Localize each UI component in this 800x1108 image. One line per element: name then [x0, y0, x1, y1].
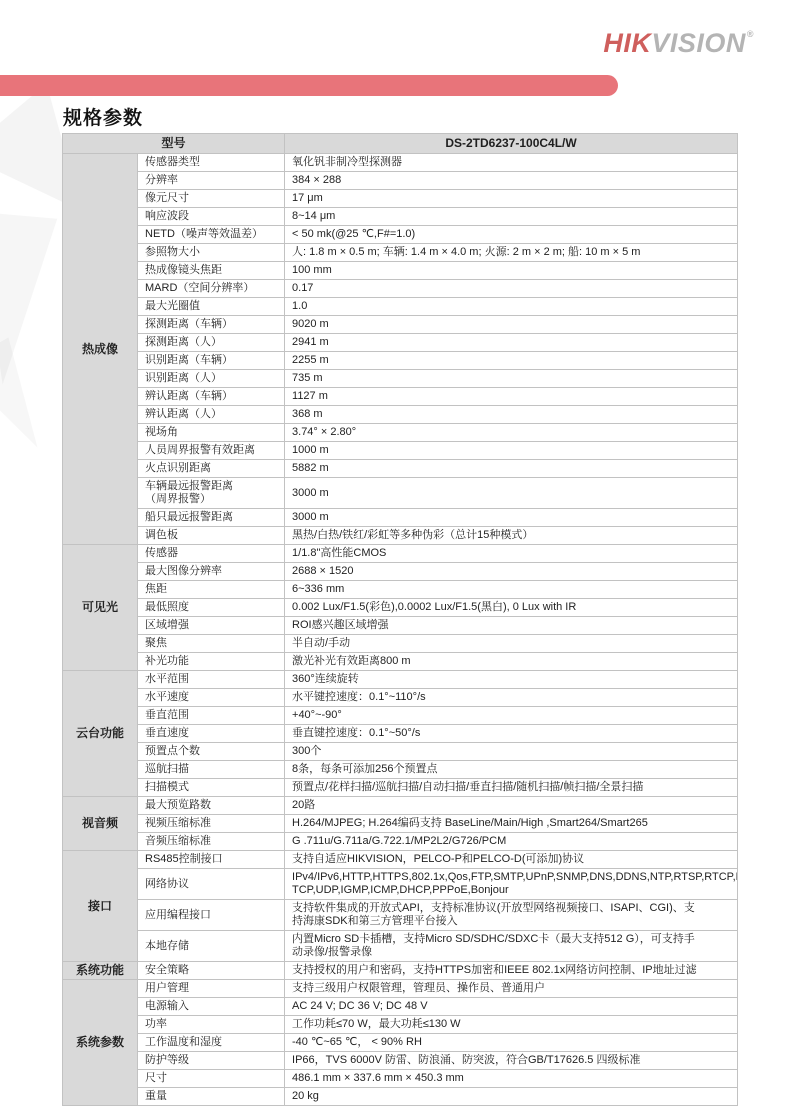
table-row: 系统功能安全策略支持授权的用户和密码，支持HTTPS加密和IEEE 802.1x… [63, 962, 738, 980]
spec-value-cell: 1000 m [285, 442, 738, 460]
spec-label-cell: 最大光圈值 [138, 298, 285, 316]
group-cell: 热成像 [63, 154, 138, 545]
spec-value-cell: 2255 m [285, 352, 738, 370]
table-row: 响应波段8~14 μm [63, 208, 738, 226]
spec-label-cell: 尺寸 [138, 1070, 285, 1088]
group-cell: 视音频 [63, 797, 138, 851]
model-header-value: DS-2TD6237-100C4L/W [285, 134, 738, 154]
spec-value-cell: G .711u/G.711a/G.722.1/MP2L2/G726/PCM [285, 833, 738, 851]
spec-value-cell: AC 24 V; DC 36 V; DC 48 V [285, 998, 738, 1016]
spec-value-cell: 支持授权的用户和密码，支持HTTPS加密和IEEE 802.1x网络访问控制、I… [285, 962, 738, 980]
spec-label-cell: 本地存储 [138, 931, 285, 962]
spec-value-cell: 半自动/手动 [285, 635, 738, 653]
spec-label-cell: 安全策略 [138, 962, 285, 980]
table-row: 功率工作功耗≤70 W，最大功耗≤130 W [63, 1016, 738, 1034]
table-row: 云台功能水平范围360°连续旋转 [63, 671, 738, 689]
table-row: 最大图像分辨率2688 × 1520 [63, 563, 738, 581]
spec-label-cell: 防护等级 [138, 1052, 285, 1070]
spec-label-cell: 聚焦 [138, 635, 285, 653]
spec-value-cell: IP66，TVS 6000V 防雷、防浪涌、防突波，符合GB/T17626.5 … [285, 1052, 738, 1070]
spec-label-cell: 最大图像分辨率 [138, 563, 285, 581]
spec-value-cell: 0.17 [285, 280, 738, 298]
spec-value-cell: 3.74° × 2.80° [285, 424, 738, 442]
spec-label-cell: 音频压缩标准 [138, 833, 285, 851]
spec-label-cell: 水平范围 [138, 671, 285, 689]
table-row: 车辆最远报警距离 （周界报警）3000 m [63, 478, 738, 509]
spec-value-cell: 17 μm [285, 190, 738, 208]
spec-label-cell: 视场角 [138, 424, 285, 442]
spec-label-cell: 垂直范围 [138, 707, 285, 725]
spec-label-cell: 巡航扫描 [138, 761, 285, 779]
spec-value-cell: 300个 [285, 743, 738, 761]
spec-value-cell: +40°~-90° [285, 707, 738, 725]
spec-label-cell: 人员周界报警有效距离 [138, 442, 285, 460]
group-cell: 可见光 [63, 545, 138, 671]
spec-label-cell: 识别距离（人） [138, 370, 285, 388]
spec-value-cell: 垂直键控速度：0.1°~50°/s [285, 725, 738, 743]
table-row: 最低照度0.002 Lux/F1.5(彩色),0.0002 Lux/F1.5(黑… [63, 599, 738, 617]
spec-label-cell: 扫描模式 [138, 779, 285, 797]
table-row: 工作温度和湿度-40 ℃~65 ℃， < 90% RH [63, 1034, 738, 1052]
model-header-label: 型号 [63, 134, 285, 154]
table-row: 最大光圈值1.0 [63, 298, 738, 316]
spec-value-cell: 工作功耗≤70 W，最大功耗≤130 W [285, 1016, 738, 1034]
spec-value-cell: 360°连续旋转 [285, 671, 738, 689]
table-row: 水平速度水平键控速度：0.1°~110°/s [63, 689, 738, 707]
spec-value-cell: 368 m [285, 406, 738, 424]
spec-value-cell: 9020 m [285, 316, 738, 334]
spec-value-cell: 3000 m [285, 478, 738, 509]
spec-value-cell: 氧化钒非制冷型探测器 [285, 154, 738, 172]
spec-label-cell: 传感器类型 [138, 154, 285, 172]
page-title: 规格参数 [63, 103, 143, 130]
spec-label-cell: 探测距离（车辆） [138, 316, 285, 334]
spec-label-cell: 分辨率 [138, 172, 285, 190]
spec-label-cell: 响应波段 [138, 208, 285, 226]
watermark-triangle [0, 337, 63, 462]
spec-value-cell: 20路 [285, 797, 738, 815]
table-row: 视频压缩标准H.264/MJPEG; H.264编码支持 BaseLine/Ma… [63, 815, 738, 833]
table-row: 可见光传感器1/1.8"高性能CMOS [63, 545, 738, 563]
table-row: 火点识别距离5882 m [63, 460, 738, 478]
spec-label-cell: 传感器 [138, 545, 285, 563]
spec-value-cell: 8~14 μm [285, 208, 738, 226]
table-row: 垂直范围+40°~-90° [63, 707, 738, 725]
table-row: 区域增强ROI感兴趣区域增强 [63, 617, 738, 635]
table-row: 探测距离（人）2941 m [63, 334, 738, 352]
group-cell: 系统功能 [63, 962, 138, 980]
table-row: 视音频最大预览路数20路 [63, 797, 738, 815]
spec-value-cell: 1/1.8"高性能CMOS [285, 545, 738, 563]
spec-value-cell: 2688 × 1520 [285, 563, 738, 581]
spec-value-cell: ROI感兴趣区域增强 [285, 617, 738, 635]
table-row: 分辨率384 × 288 [63, 172, 738, 190]
red-accent-bar [0, 75, 618, 96]
spec-value-cell: 735 m [285, 370, 738, 388]
spec-value-cell: 6~336 mm [285, 581, 738, 599]
spec-label-cell: 视频压缩标准 [138, 815, 285, 833]
spec-value-cell: H.264/MJPEG; H.264编码支持 BaseLine/Main/Hig… [285, 815, 738, 833]
spec-label-cell: RS485控制接口 [138, 851, 285, 869]
table-header-row: 型号 DS-2TD6237-100C4L/W [63, 134, 738, 154]
spec-value-cell: 人: 1.8 m × 0.5 m; 车辆: 1.4 m × 4.0 m; 火源:… [285, 244, 738, 262]
spec-value-cell: 5882 m [285, 460, 738, 478]
spec-value-cell: 支持三级用户权限管理，管理员、操作员、普通用户 [285, 980, 738, 998]
table-row: 巡航扫描8条，每条可添加256个预置点 [63, 761, 738, 779]
table-row: 补光功能激光补光有效距离800 m [63, 653, 738, 671]
spec-label-cell: 水平速度 [138, 689, 285, 707]
group-cell: 系统参数 [63, 980, 138, 1106]
spec-label-cell: 应用编程接口 [138, 900, 285, 931]
spec-label-cell: 火点识别距离 [138, 460, 285, 478]
table-row: 聚焦半自动/手动 [63, 635, 738, 653]
spec-value-cell: < 50 mk(@25 ℃,F#=1.0) [285, 226, 738, 244]
spec-table: 型号 DS-2TD6237-100C4L/W 热成像传感器类型氧化钒非制冷型探测… [62, 133, 738, 1106]
spec-value-cell: 20 kg [285, 1088, 738, 1106]
spec-value-cell: 3000 m [285, 509, 738, 527]
spec-value-cell: 1127 m [285, 388, 738, 406]
table-row: 防护等级IP66，TVS 6000V 防雷、防浪涌、防突波，符合GB/T1762… [63, 1052, 738, 1070]
group-cell: 接口 [63, 851, 138, 962]
spec-value-cell: IPv4/IPv6,HTTP,HTTPS,802.1x,Qos,FTP,SMTP… [285, 869, 738, 900]
spec-label-cell: 焦距 [138, 581, 285, 599]
table-row: 扫描模式预置点/花样扫描/巡航扫描/自动扫描/垂直扫描/随机扫描/帧扫描/全景扫… [63, 779, 738, 797]
table-row: 探测距离（车辆）9020 m [63, 316, 738, 334]
table-row: 调色板黑热/白热/铁红/彩虹等多种伪彩（总计15种模式） [63, 527, 738, 545]
spec-value-cell: 384 × 288 [285, 172, 738, 190]
spec-value-cell: 1.0 [285, 298, 738, 316]
spec-label-cell: 识别距离（车辆） [138, 352, 285, 370]
table-row: 系统参数用户管理支持三级用户权限管理，管理员、操作员、普通用户 [63, 980, 738, 998]
spec-value-cell: 0.002 Lux/F1.5(彩色),0.0002 Lux/F1.5(黑白), … [285, 599, 738, 617]
spec-label-cell: 区域增强 [138, 617, 285, 635]
spec-value-cell: 支持自适应HIKVISION，PELCO-P和PELCO-D(可添加)协议 [285, 851, 738, 869]
spec-label-cell: 车辆最远报警距离 （周界报警） [138, 478, 285, 509]
spec-value-cell: 水平键控速度：0.1°~110°/s [285, 689, 738, 707]
spec-label-cell: 用户管理 [138, 980, 285, 998]
spec-label-cell: 船只最远报警距离 [138, 509, 285, 527]
spec-label-cell: 参照物大小 [138, 244, 285, 262]
table-row: 船只最远报警距离3000 m [63, 509, 738, 527]
table-row: 垂直速度垂直键控速度：0.1°~50°/s [63, 725, 738, 743]
spec-label-cell: 辨认距离（人） [138, 406, 285, 424]
spec-label-cell: 辨认距离（车辆） [138, 388, 285, 406]
spec-label-cell: 探测距离（人） [138, 334, 285, 352]
spec-value-cell: -40 ℃~65 ℃， < 90% RH [285, 1034, 738, 1052]
table-row: 本地存储内置Micro SD卡插槽，支持Micro SD/SDHC/SDXC卡（… [63, 931, 738, 962]
table-row: MARD（空间分辨率）0.17 [63, 280, 738, 298]
spec-value-cell: 预置点/花样扫描/巡航扫描/自动扫描/垂直扫描/随机扫描/帧扫描/全景扫描 [285, 779, 738, 797]
table-row: 重量20 kg [63, 1088, 738, 1106]
table-row: 热成像镜头焦距100 mm [63, 262, 738, 280]
spec-value-cell: 2941 m [285, 334, 738, 352]
spec-value-cell: 100 mm [285, 262, 738, 280]
table-row: 网络协议IPv4/IPv6,HTTP,HTTPS,802.1x,Qos,FTP,… [63, 869, 738, 900]
spec-label-cell: 热成像镜头焦距 [138, 262, 285, 280]
table-row: 应用编程接口支持软件集成的开放式API，支持标准协议(开放型网络视频接口、ISA… [63, 900, 738, 931]
table-row: 焦距6~336 mm [63, 581, 738, 599]
spec-label-cell: 最低照度 [138, 599, 285, 617]
spec-label-cell: MARD（空间分辨率） [138, 280, 285, 298]
spec-value-cell: 黑热/白热/铁红/彩虹等多种伪彩（总计15种模式） [285, 527, 738, 545]
spec-label-cell: 调色板 [138, 527, 285, 545]
table-row: 人员周界报警有效距离1000 m [63, 442, 738, 460]
table-row: 辨认距离（人）368 m [63, 406, 738, 424]
registered-mark-icon: ® [747, 29, 754, 39]
spec-value-cell: 激光补光有效距离800 m [285, 653, 738, 671]
spec-value-cell: 内置Micro SD卡插槽，支持Micro SD/SDHC/SDXC卡（最大支持… [285, 931, 738, 962]
spec-value-cell: 8条，每条可添加256个预置点 [285, 761, 738, 779]
spec-label-cell: 工作温度和湿度 [138, 1034, 285, 1052]
table-row: 识别距离（人）735 m [63, 370, 738, 388]
spec-value-cell: 支持软件集成的开放式API，支持标准协议(开放型网络视频接口、ISAPI、CGI… [285, 900, 738, 931]
watermark-triangle [0, 212, 57, 388]
table-row: 热成像传感器类型氧化钒非制冷型探测器 [63, 154, 738, 172]
logo-hik-text: HIK [603, 28, 651, 58]
hikvision-logo: HIKVISION® [603, 28, 754, 59]
spec-label-cell: NETD（噪声等效温差） [138, 226, 285, 244]
spec-label-cell: 最大预览路数 [138, 797, 285, 815]
spec-label-cell: 预置点个数 [138, 743, 285, 761]
spec-label-cell: 像元尺寸 [138, 190, 285, 208]
group-cell: 云台功能 [63, 671, 138, 797]
table-row: 电源输入AC 24 V; DC 36 V; DC 48 V [63, 998, 738, 1016]
spec-label-cell: 重量 [138, 1088, 285, 1106]
table-row: 视场角3.74° × 2.80° [63, 424, 738, 442]
table-row: NETD（噪声等效温差）< 50 mk(@25 ℃,F#=1.0) [63, 226, 738, 244]
spec-label-cell: 功率 [138, 1016, 285, 1034]
table-row: 预置点个数300个 [63, 743, 738, 761]
spec-label-cell: 电源输入 [138, 998, 285, 1016]
table-row: 像元尺寸17 μm [63, 190, 738, 208]
table-row: 辨认距离（车辆）1127 m [63, 388, 738, 406]
table-row: 接口RS485控制接口支持自适应HIKVISION，PELCO-P和PELCO-… [63, 851, 738, 869]
table-row: 参照物大小人: 1.8 m × 0.5 m; 车辆: 1.4 m × 4.0 m… [63, 244, 738, 262]
logo-vision-text: VISION [651, 28, 746, 58]
spec-label-cell: 补光功能 [138, 653, 285, 671]
table-row: 尺寸486.1 mm × 337.6 mm × 450.3 mm [63, 1070, 738, 1088]
spec-label-cell: 垂直速度 [138, 725, 285, 743]
spec-label-cell: 网络协议 [138, 869, 285, 900]
spec-value-cell: 486.1 mm × 337.6 mm × 450.3 mm [285, 1070, 738, 1088]
table-row: 识别距离（车辆）2255 m [63, 352, 738, 370]
table-row: 音频压缩标准G .711u/G.711a/G.722.1/MP2L2/G726/… [63, 833, 738, 851]
